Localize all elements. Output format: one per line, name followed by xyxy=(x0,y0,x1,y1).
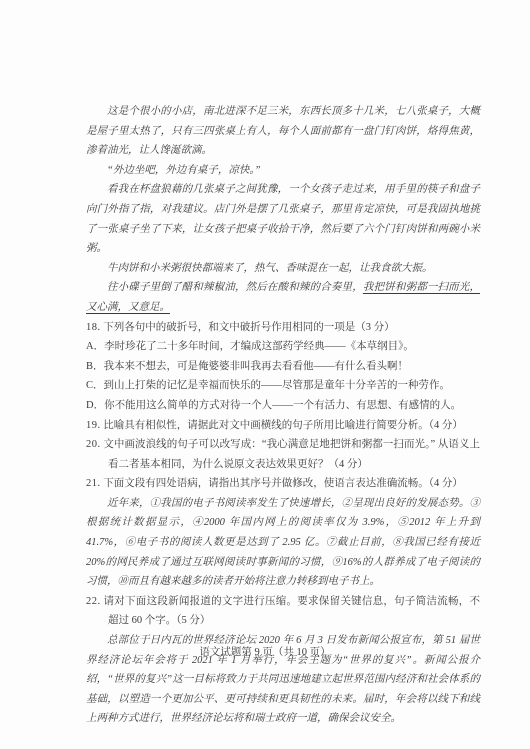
passage-paragraph-dialog: “外边坐吧，外边有桌子，凉快。” xyxy=(86,161,480,181)
question-19-stem: 19. 比喻具有相似性，请据此对文中画横线的句子所用比喻进行简要分析。（4 分） xyxy=(86,416,480,436)
page-number-label: 语文试题第 9 页（共 10 页） xyxy=(199,647,330,658)
question-18-stem: 18. 下列各句中的破折号，和文中破折号作用相同的一项是（3 分） xyxy=(86,318,480,338)
question-stem-text: 文中画波浪线的句子可以改写成：“我心满意足地把饼和粥都一扫而光。” 从语义上看二… xyxy=(103,439,480,470)
option-a: A．李时珍花了二十多年时间，才编成这部药学经典——《本草纲目》。 xyxy=(86,337,480,357)
passage-lead-text: 往小碟子里倒了醋和辣椒油，然后在酸和辣的合奏里， xyxy=(107,282,363,293)
question-number: 22. xyxy=(86,596,101,607)
passage-paragraph: 往小碟子里倒了醋和辣椒油，然后在酸和辣的合奏里，我把饼和粥都一扫而光，又心满，又… xyxy=(86,278,480,317)
question-18: 18. 下列各句中的破折号，和文中破折号作用相同的一项是（3 分） A．李时珍花… xyxy=(86,318,480,416)
question-number: 18. xyxy=(86,322,101,333)
option-b: B．我本来不想去，可是俺婆婆非叫我再去看看他——有什么看头啊！ xyxy=(86,357,480,377)
question-number: 19. xyxy=(86,420,101,431)
question-20-stem: 20. 文中画波浪线的句子可以改写成：“我心满意足地把饼和粥都一扫而光。” 从语… xyxy=(86,435,480,474)
question-stem-text: 下面文段有四处语病，请指出其序号并做修改，使语言表达准确流畅。（4 分） xyxy=(103,478,463,489)
question-stem-text: 请对下面这段新闻报道的文字进行压缩。要求保留关键信息，句子简洁流畅，不超过 60… xyxy=(104,596,480,627)
question-number: 20. xyxy=(86,439,101,450)
question-number: 21. xyxy=(86,478,101,489)
question-22: 22. 请对下面这段新闻报道的文字进行压缩。要求保留关键信息，句子简洁流畅，不超… xyxy=(86,592,480,729)
question-21: 21. 下面文段有四处语病，请指出其序号并做修改，使语言表达准确流畅。（4 分）… xyxy=(86,474,480,592)
question-19: 19. 比喻具有相似性，请据此对文中画横线的句子所用比喻进行简要分析。（4 分） xyxy=(86,416,480,436)
option-c: C．到山上打柴的记忆是幸福而快乐的——尽管那是童年十分辛苦的一种劳作。 xyxy=(86,376,480,396)
exam-content: 这是个很小的小店，南北进深不足三米，东西长顶多十几米，七八张桌子，大概是屋子里太… xyxy=(86,102,480,729)
passage-paragraph: 牛肉饼和小米粥很快都端来了，热气、香味混在一起，让我食欲大振。 xyxy=(86,259,480,279)
question-21-stem: 21. 下面文段有四处语病，请指出其序号并做修改，使语言表达准确流畅。（4 分） xyxy=(86,474,480,494)
question-stem-text: 比喻具有相似性，请据此对文中画横线的句子所用比喻进行简要分析。（4 分） xyxy=(103,420,463,431)
question-stem-text: 下列各句中的破折号，和文中破折号作用相同的一项是（3 分） xyxy=(103,322,394,333)
exam-page: 这是个很小的小店，南北进深不足三米，东西长顶多十几米，七八张桌子，大概是屋子里太… xyxy=(0,0,530,749)
question-22-stem: 22. 请对下面这段新闻报道的文字进行压缩。要求保留关键信息，句子简洁流畅，不超… xyxy=(86,592,480,631)
option-d: D．你不能用这么简单的方式对待一个人——一个有活力、有思想、有感情的人。 xyxy=(86,396,480,416)
passage-paragraph: 这是个很小的小店，南北进深不足三米，东西长顶多十几米，七八张桌子，大概是屋子里太… xyxy=(86,102,480,161)
question-block: 18. 下列各句中的破折号，和文中破折号作用相同的一项是（3 分） A．李时珍花… xyxy=(86,318,480,729)
reading-passage: 这是个很小的小店，南北进深不足三米，东西长顶多十几米，七八张桌子，大概是屋子里太… xyxy=(86,102,480,318)
passage-paragraph: 看我在杯盘狼藉的几张桌子之间犹豫，一个女孩子走过来，用手里的筷子和盘子向门外指了… xyxy=(86,180,480,258)
question-21-material: 近年来，①我国的电子书阅读率发生了快速增长，②呈现出良好的发展态势。③根据统计数… xyxy=(86,494,480,592)
question-20: 20. 文中画波浪线的句子可以改写成：“我心满意足地把饼和粥都一扫而光。” 从语… xyxy=(86,435,480,474)
page-footer: 语文试题第 9 页（共 10 页） xyxy=(0,644,530,659)
